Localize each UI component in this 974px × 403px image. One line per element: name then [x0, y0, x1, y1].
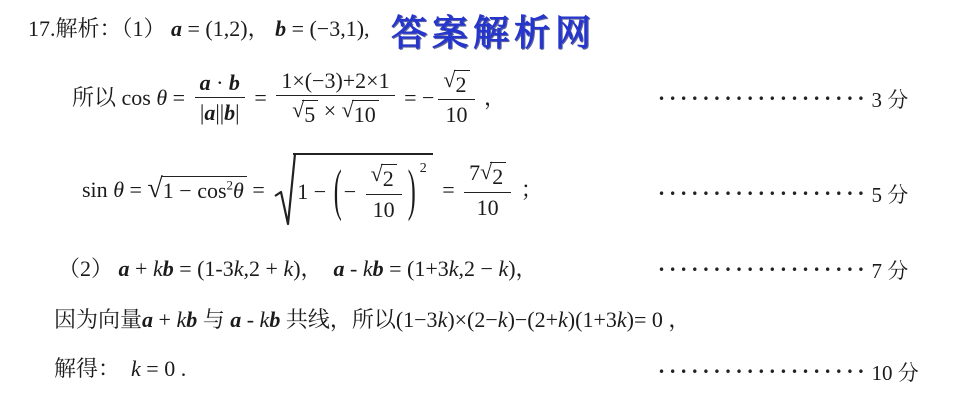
part2-text: （2） a + kb = (1-3k,2 + k)， a - kb = (1+3…	[58, 256, 538, 281]
text-run: k	[234, 256, 244, 281]
text-run: = (1,2)，	[182, 16, 275, 41]
text-run: b	[163, 256, 174, 281]
radical: √2	[443, 70, 469, 97]
text-run: （2）	[58, 256, 119, 281]
solve-line: 解得： k = 0 .	[54, 356, 186, 381]
dotted-leader: •••••••••••••••••••	[658, 187, 868, 201]
fraction-ab-over-magnitudes: a · b |a||b|	[195, 70, 245, 126]
text-run: )，	[508, 256, 537, 281]
fraction-dot-product: 1×(−3)+2×1 √5 × √10	[276, 68, 394, 128]
text-run: )×(2−	[447, 307, 497, 332]
text-run: a	[171, 16, 182, 41]
radicand: 10	[352, 100, 379, 127]
big-radical: 1 − ( − √2 10 ) 2	[274, 152, 432, 228]
text-run: = (1+3	[384, 256, 449, 281]
text-run: ,2 −	[459, 256, 499, 281]
radical: √2	[371, 164, 397, 191]
text-run: ·	[211, 70, 229, 95]
text-run: 与	[197, 307, 230, 332]
fraction-denominator: |a||b|	[200, 98, 240, 125]
fraction-denominator: 10	[373, 195, 395, 222]
text-run: a	[200, 70, 211, 95]
text-run: k	[498, 256, 508, 281]
text-run: k	[283, 256, 293, 281]
text-run: k	[449, 256, 459, 281]
text-run: k	[153, 256, 163, 281]
big-radicand: 1 − ( − √2 10 ) 2	[293, 153, 432, 227]
fraction-numerator: a · b	[195, 70, 245, 98]
header-line: 17.解析：（1） a = (1,2)， b = (−3,1),	[28, 16, 370, 41]
sin-text: sin	[82, 177, 113, 202]
text-run: 共线，所以	[280, 307, 396, 332]
text-run: a	[142, 307, 153, 332]
text-run: k	[260, 307, 270, 332]
sin-theta-line: sin θ = √ 1 − cos2θ = 1 − ( − √2 10 ) 2	[82, 152, 543, 228]
text-run: = (−3,1),	[286, 16, 369, 41]
score-mark-7: ••••••••••••••••••• 7 分	[658, 255, 908, 285]
radicand: 2	[381, 164, 397, 191]
minus-sign: −	[344, 179, 362, 204]
theta-symbol: θ	[233, 178, 244, 203]
cos-lead-text: 所以 cos	[72, 85, 156, 110]
text-run: +	[153, 307, 176, 332]
theta-symbol: θ	[156, 85, 167, 110]
radicand: 5	[302, 100, 318, 127]
fraction-numerator: √2	[438, 68, 474, 100]
radical: √10	[342, 100, 379, 127]
text-run: ||	[215, 100, 224, 125]
equals-sign: =	[247, 177, 270, 202]
radicand-text: 1 −	[297, 179, 331, 204]
text-run: +	[130, 256, 153, 281]
fraction-numerator: 1×(−3)+2×1	[276, 68, 394, 96]
text-run: b	[229, 70, 240, 95]
fraction-result: 7√2 10	[464, 160, 511, 220]
equals-sign: =	[167, 85, 190, 110]
score-mark-3: ••••••••••••••••••• 3 分	[658, 84, 908, 114]
text-run: k	[363, 256, 373, 281]
score-label: 7 分	[871, 255, 908, 285]
text-run: -	[241, 307, 259, 332]
coefficient: 7	[469, 160, 480, 185]
fraction-inner: √2 10	[366, 162, 402, 222]
text-run: )，	[293, 256, 333, 281]
text-run: k	[131, 356, 141, 381]
header-text: 17.解析：（1） a = (1,2)， b = (−3,1),	[28, 16, 370, 41]
part2-line: （2） a + kb = (1-3k,2 + k)， a - kb = (1+3…	[58, 256, 538, 281]
text-run: 因为向量	[54, 307, 142, 332]
dotted-leader: •••••••••••••••••••	[658, 365, 868, 379]
collinear-line: 因为向量a + kb 与 a - kb 共线，所以(1−3k)×(2−k)−(2…	[54, 307, 690, 332]
text-run: ,2 +	[244, 256, 284, 281]
text-run: )(1+3	[568, 307, 617, 332]
dotted-leader: •••••••••••••••••••	[658, 92, 868, 106]
radical-sign-icon: √	[480, 161, 492, 183]
text-run: 解得：	[54, 356, 131, 381]
solve-text: 解得： k = 0 .	[54, 356, 186, 381]
cos-theta-line: 所以 cos θ = a · b |a||b| = 1×(−3)+2×1 √5 …	[72, 68, 506, 128]
text-run: k	[176, 307, 186, 332]
radical-sign-icon: √	[147, 175, 162, 203]
radicand: 1 − cos2θ	[161, 176, 247, 203]
text-run: b	[275, 16, 286, 41]
text-run: b	[269, 307, 280, 332]
radicand-text: 1 − cos	[163, 178, 227, 203]
text-run: -	[345, 256, 363, 281]
fraction-denominator: 10	[477, 193, 499, 220]
text-run: = (1-3	[174, 256, 234, 281]
collinear-text: 因为向量a + kb 与 a - kb 共线，所以(1−3k)×(2−k)−(2…	[54, 307, 690, 332]
text-run: )−(2+	[508, 307, 558, 332]
exponent: 2	[420, 161, 427, 177]
solution-page: 17.解析：（1） a = (1,2)， b = (−3,1), 答案解析网 所…	[0, 0, 974, 403]
equals-sign: =	[249, 85, 272, 110]
text-run: b	[224, 100, 235, 125]
left-paren: (	[334, 163, 342, 221]
equals-sign: =	[124, 177, 147, 202]
score-mark-5: ••••••••••••••••••• 5 分	[658, 179, 908, 209]
text-run: b	[373, 256, 384, 281]
radical-sign-icon: √	[371, 163, 383, 185]
radicand: 2	[490, 162, 506, 189]
score-label: 10 分	[871, 357, 918, 387]
text-run: .	[175, 356, 186, 381]
text-run: k	[438, 307, 448, 332]
text-run: 17.解析：（1）	[28, 16, 171, 41]
text-run: a	[334, 256, 345, 281]
dotted-leader: •••••••••••••••••••	[658, 263, 868, 277]
score-label: 5 分	[871, 179, 908, 209]
text-run: = 0	[141, 356, 175, 381]
radical-sign-icon: √	[292, 99, 304, 121]
comma: ，	[479, 85, 507, 110]
radical: √2	[480, 162, 506, 189]
text-run: a	[204, 100, 215, 125]
text-run: k	[558, 307, 568, 332]
fraction-numerator: √2	[366, 162, 402, 194]
semicolon: ；	[515, 177, 543, 202]
text-run: (1−3	[396, 307, 438, 332]
text-run: k	[617, 307, 627, 332]
text-run: a	[230, 307, 241, 332]
fraction-denominator: √5 × √10	[292, 96, 379, 127]
score-mark-10: ••••••••••••••••••• 10 分	[658, 357, 908, 387]
radical-sign-icon: √	[342, 99, 354, 121]
radicand: 2	[454, 70, 470, 97]
text-run: b	[186, 307, 197, 332]
theta-symbol: θ	[113, 177, 124, 202]
text-run: |	[235, 100, 239, 125]
times-sign: ×	[318, 98, 341, 123]
text-run: )= 0 ，	[627, 307, 691, 332]
equals-minus: = −	[399, 85, 435, 110]
watermark: 答案解析网	[391, 5, 596, 56]
radical-identity: √ 1 − cos2θ	[147, 176, 246, 204]
right-paren: )	[408, 163, 416, 221]
score-label: 3 分	[871, 84, 908, 114]
fraction-result: √2 10	[438, 68, 474, 128]
equals-sign: =	[437, 177, 460, 202]
text-run: k	[498, 307, 508, 332]
radical: √5	[292, 100, 318, 127]
fraction-denominator: 10	[445, 100, 467, 127]
text-run: a	[119, 256, 130, 281]
radical-sign-icon: √	[443, 69, 455, 91]
fraction-numerator: 7√2	[464, 160, 511, 192]
